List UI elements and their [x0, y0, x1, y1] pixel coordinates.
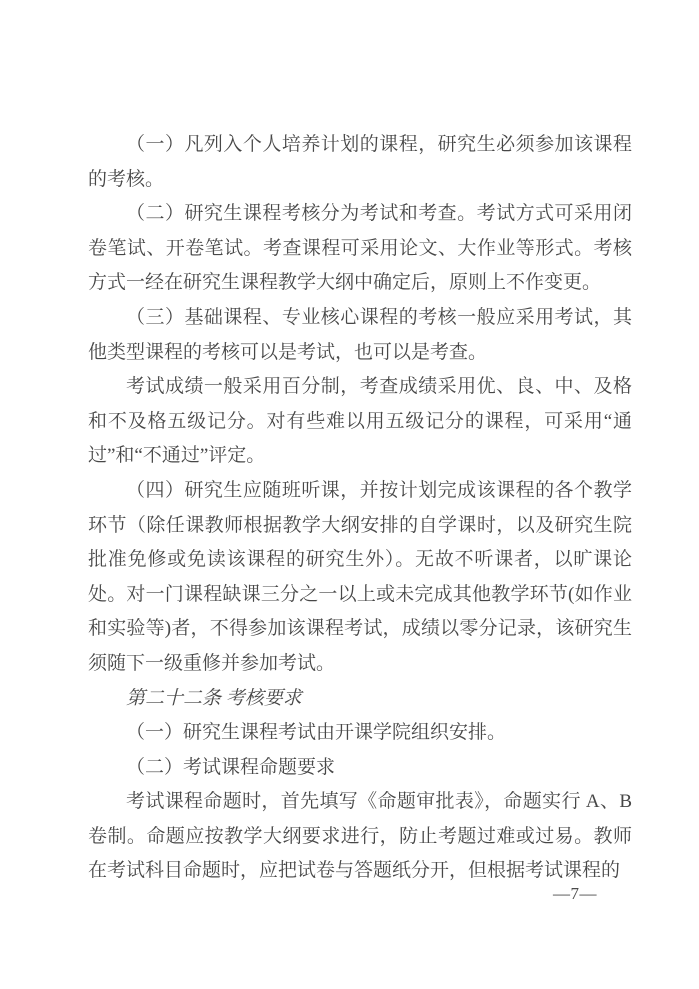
clause-3-paragraph: （三）基础课程、专业核心课程的考核一般应采用考试，其他类型课程的考核可以是考试，…: [88, 301, 632, 370]
page-number: —7—: [553, 884, 597, 904]
document-body: （一）凡列入个人培养计划的课程，研究生必须参加该课程的考核。 （二）研究生课程考…: [88, 128, 632, 889]
clause-1-paragraph: （一）凡列入个人培养计划的课程，研究生必须参加该课程的考核。: [88, 128, 632, 197]
document-page: （一）凡列入个人培养计划的课程，研究生必须参加该课程的考核。 （二）研究生课程考…: [0, 0, 699, 989]
clause-2-paragraph: （二）研究生课程考核分为考试和考查。考试方式可采用闭卷笔试、开卷笔试。考查课程可…: [88, 197, 632, 301]
article-22-item-2-paragraph: （二）考试课程命题要求: [88, 751, 632, 786]
clause-4-paragraph: （四）研究生应随班听课，并按计划完成该课程的各个教学环节（除任课教师根据教学大纲…: [88, 474, 632, 682]
article-22-item-1-paragraph: （一）研究生课程考试由开课学院组织安排。: [88, 716, 632, 751]
grading-scale-paragraph: 考试成绩一般采用百分制，考查成绩采用优、良、中、及格和不及格五级记分。对有些难以…: [88, 370, 632, 474]
exam-question-setting-paragraph: 考试课程命题时，首先填写《命题审批表》，命题实行 A、B 卷制。命题应按教学大纲…: [88, 785, 632, 889]
article-22-heading: 第二十二条 考核要求: [88, 682, 632, 717]
